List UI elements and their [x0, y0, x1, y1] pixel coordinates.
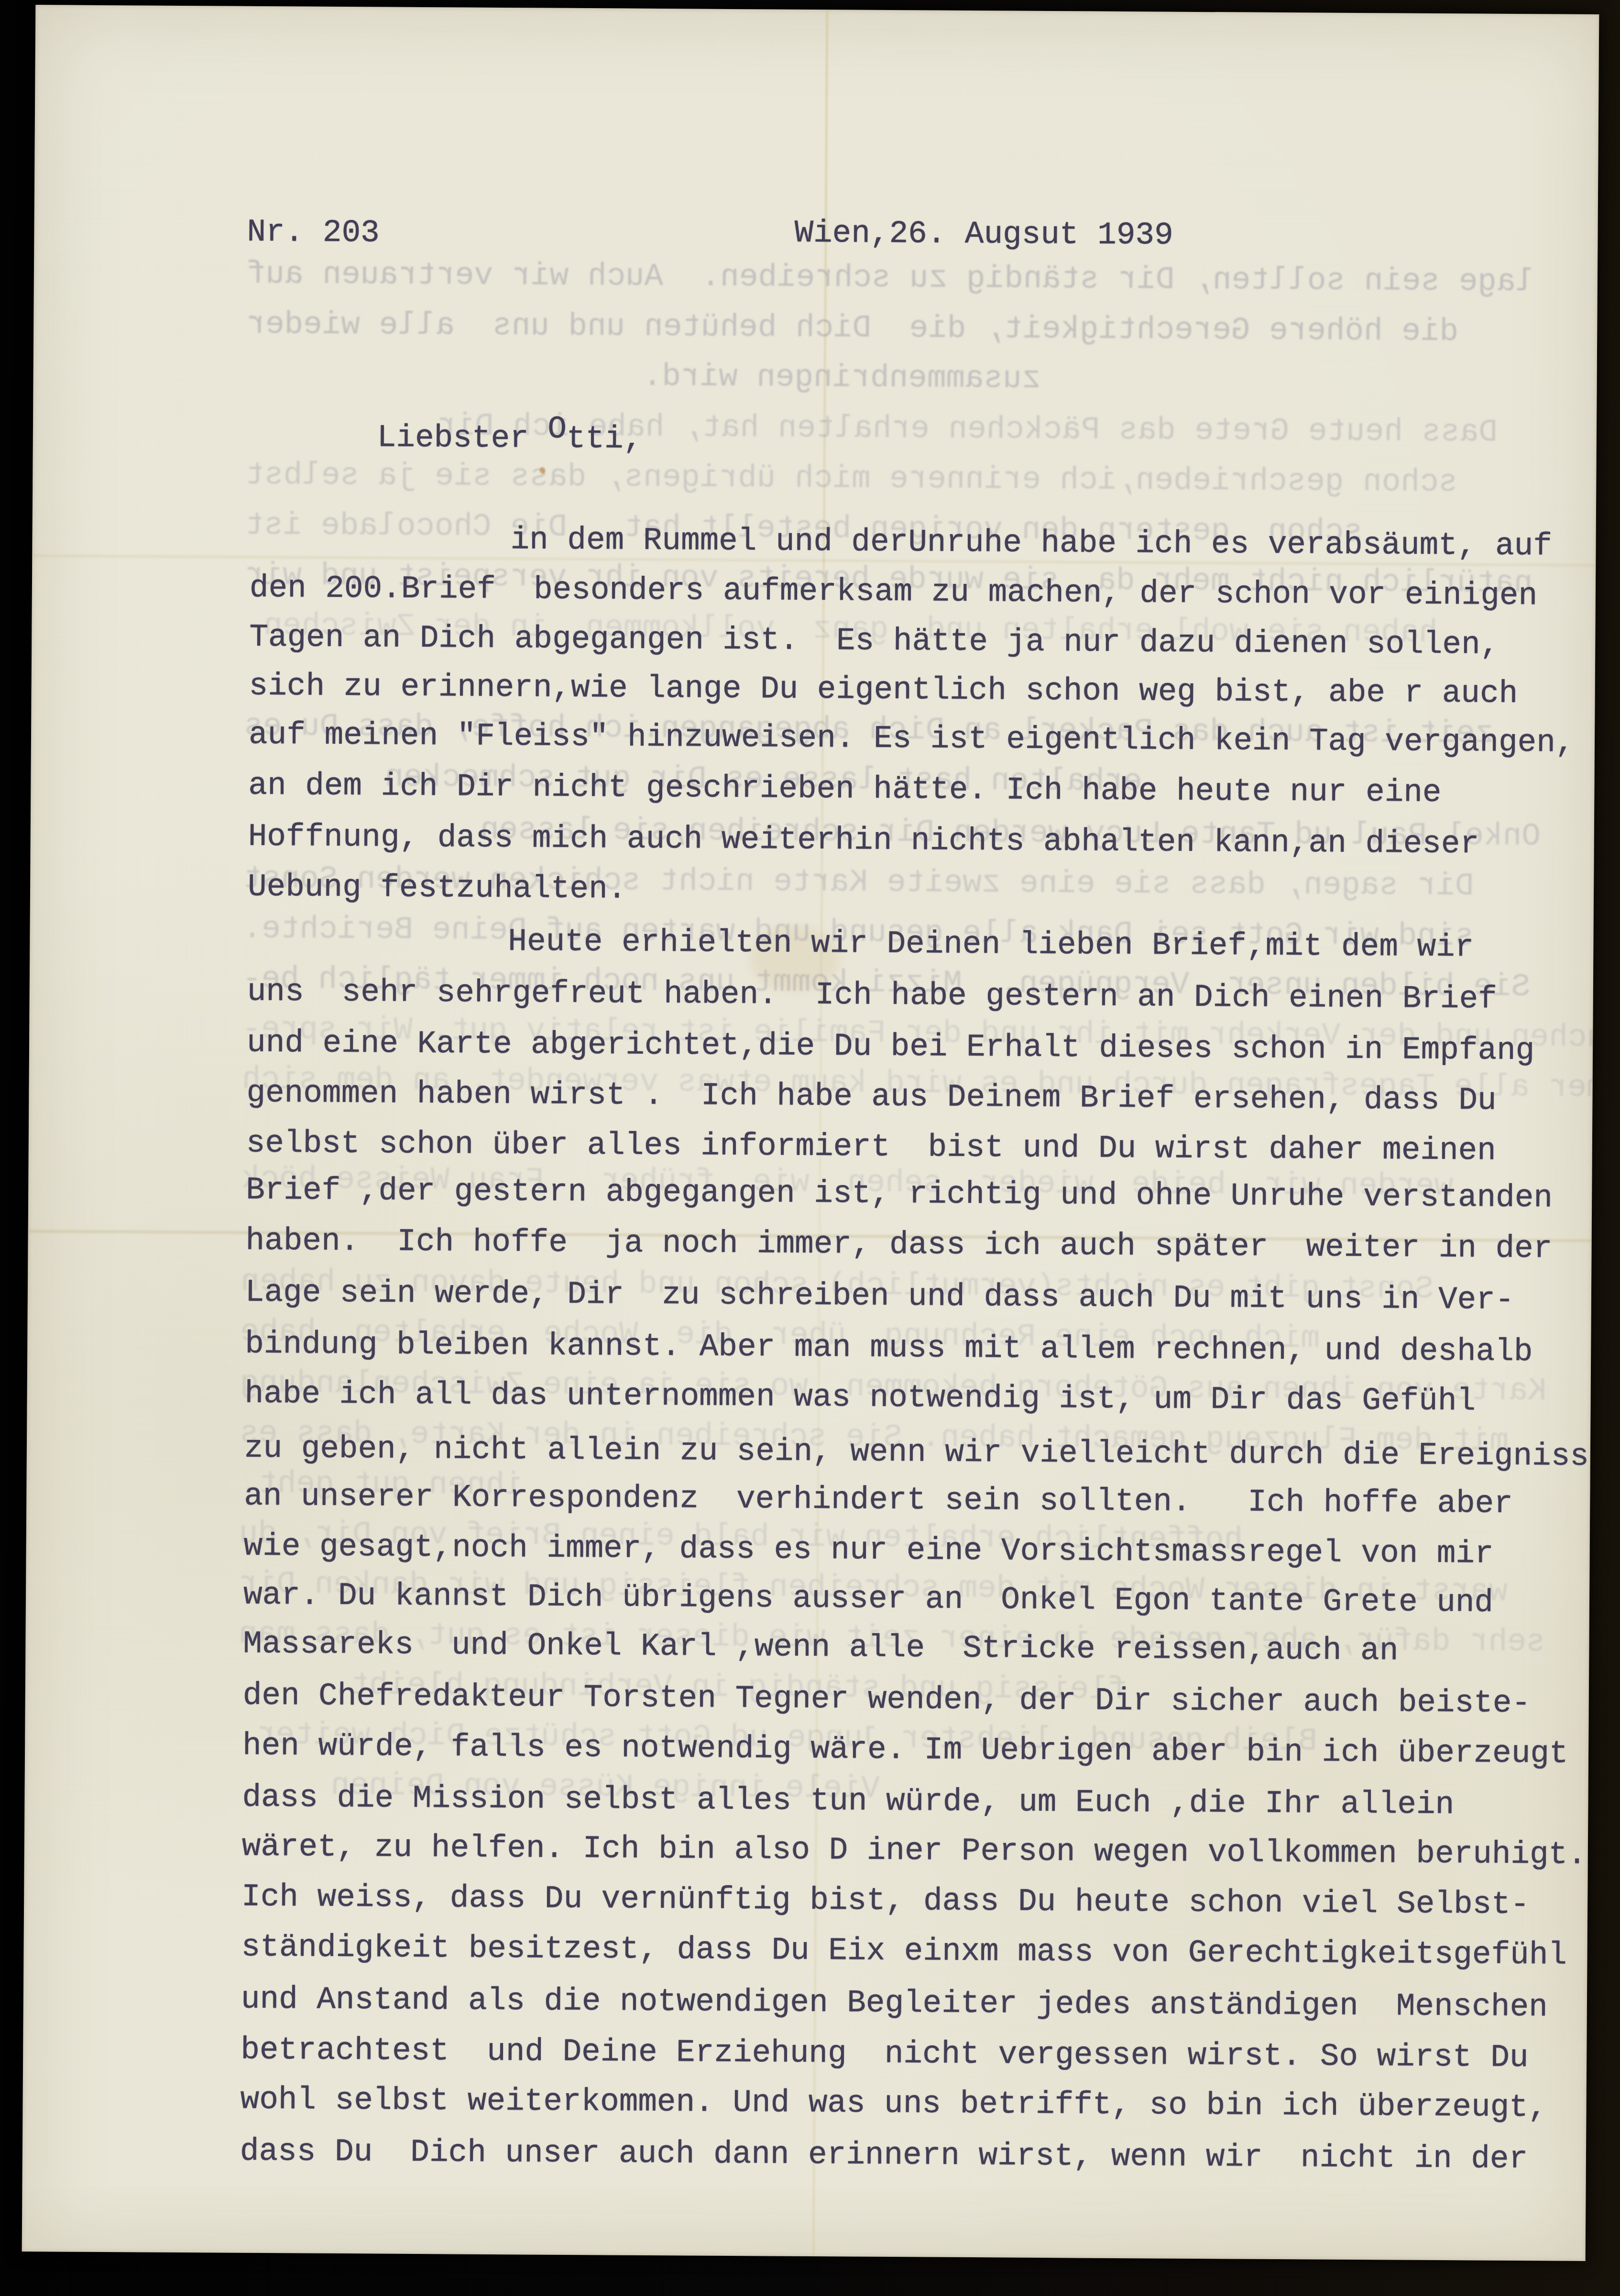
typed-line: den Chefredakteur Torsten Tegner wenden,… — [243, 1677, 1531, 1722]
typed-line: wie gesagt,noch immer, dass es nur eine … — [243, 1528, 1493, 1573]
typed-line: war. Du kannst Dich übrigens ausser an O… — [243, 1577, 1493, 1622]
bleedthrough-line: schon geschrieben,ich erinnere mich übri… — [245, 457, 1457, 501]
typed-line: sich zu erinnern,wie lange Du eigentlich… — [249, 668, 1518, 713]
bleedthrough-line: zusammenbringen wird. — [643, 358, 1040, 398]
typed-line: Massareks und Onkel Karl ,wenn alle Stri… — [243, 1626, 1398, 1670]
typed-line: dass die Mission selbst alles tun würde,… — [242, 1779, 1454, 1824]
typed-line: uns sehr sehrgefreut haben. Ich habe ges… — [247, 973, 1497, 1018]
typed-line: Tagen an Dich abgegangen ist. Es hätte j… — [249, 619, 1499, 664]
typed-line: wäret, zu helfen. Ich bin also D iner Pe… — [242, 1828, 1587, 1874]
typed-line: in dem Rummel und derUnruhe habe ich es … — [510, 521, 1552, 565]
typed-line: Uebung festzuhalten. — [248, 868, 627, 908]
typed-line: Brief ,der gestern abgegangen ist, richt… — [246, 1172, 1553, 1217]
typed-line: habe ich all das unternommen was notwend… — [244, 1375, 1476, 1420]
scan-background: Nr. 203 Wien,26. Augsut 1939 Liebster Ot… — [0, 0, 1620, 2296]
typed-line: an unserer Korrespondenz verhindert sein… — [244, 1478, 1513, 1523]
typed-line: selbst schon über alles informiert bist … — [246, 1125, 1496, 1170]
typed-line: und eine Karte abgerichtet,die Du bei Er… — [247, 1024, 1535, 1069]
letter-dateline: Wien,26. Augsut 1939 — [794, 215, 1173, 254]
typed-line: ständigkeit besitzest, dass Du Eix einxm… — [241, 1929, 1567, 1974]
bleedthrough-line: lage sein sollten, Dir ständig zu schrei… — [247, 256, 1535, 301]
typed-line: und Anstand als die notwendigen Begleite… — [241, 1981, 1548, 2026]
letter-number: Nr. 203 — [247, 214, 380, 252]
typed-line: wohl selbst weiterkommen. Und was uns be… — [240, 2081, 1547, 2127]
bleedthrough-line: Dass heute Grete das Päckchen erhalten h… — [437, 407, 1498, 451]
typed-line: genommen haben wirst . Ich habe aus Dein… — [246, 1075, 1496, 1120]
letter-page: Nr. 203 Wien,26. Augsut 1939 Liebster Ot… — [22, 5, 1599, 2261]
typed-line: den 200.Brief besonders aufmerksam zu ma… — [250, 570, 1538, 615]
typed-line: an dem ich Dir nicht geschrieben hätte. … — [248, 767, 1442, 812]
typed-line: hen würde, falls es notwendig wäre. Im U… — [242, 1727, 1568, 1773]
typed-line: Ich weiss, dass Du vernünftig bist, dass… — [241, 1879, 1530, 1923]
typed-line: betrachtest und Deine Erziehung nicht ve… — [241, 2032, 1529, 2076]
typed-line: dass Du Dich unser auch dann erinnern wi… — [240, 2133, 1528, 2178]
typed-line: haben. Ich hoffe ja noch immer, dass ich… — [245, 1222, 1552, 1268]
typed-line: Lage sein werde, Dir zu schreiben und da… — [245, 1274, 1514, 1319]
typed-line: Hoffnung, dass mich auch weiterhin nicht… — [248, 818, 1479, 863]
bleedthrough-line: die höhere Gerechtigkeit, die Dich behüt… — [246, 306, 1458, 351]
typed-line: bindung bleiben kannst. Aber man muss mi… — [245, 1326, 1533, 1371]
typed-line: auf meinen "Fleiss" hinzuweisen. Es ist … — [249, 716, 1575, 762]
typed-line: Heute erhielten wir Deinen lieben Brief,… — [508, 923, 1474, 966]
